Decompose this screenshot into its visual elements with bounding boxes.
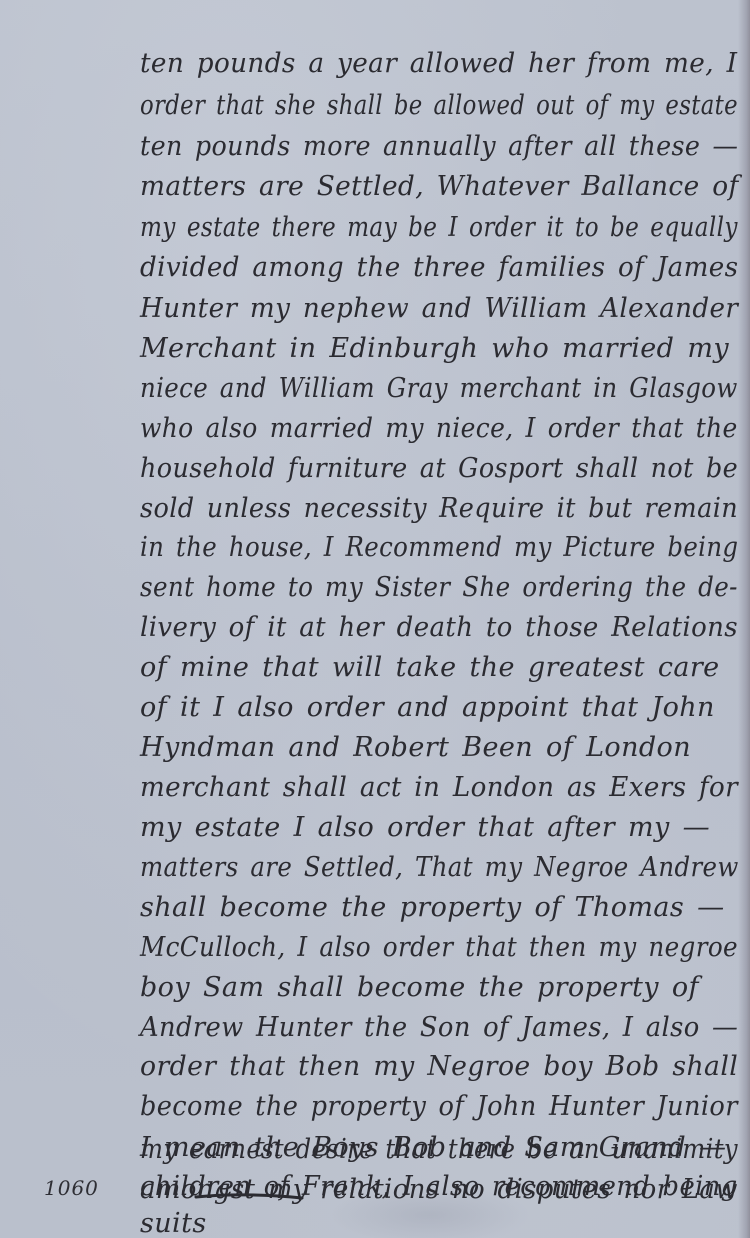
manuscript-line: order that then my Negroe boy Bob shall xyxy=(140,1047,738,1087)
manuscript-line: my earnest desire that there be an unani… xyxy=(140,1130,738,1170)
manuscript-line: Merchant in Edinburgh who married my xyxy=(140,329,729,369)
manuscript-line: household furniture at Gosport shall not… xyxy=(140,449,738,489)
manuscript-line: order that she shall be allowed out of m… xyxy=(140,86,738,126)
manuscript-line: sold unless necessity Require it but rem… xyxy=(140,489,738,529)
manuscript-page: ten pounds a year allowed her from me, I… xyxy=(0,0,750,1238)
manuscript-line: Andrew Hunter the Son of James, I also — xyxy=(140,1008,738,1048)
manuscript-line: of it I also order and appoint that John xyxy=(140,688,715,728)
manuscript-line: Hyndman and Robert Been of London xyxy=(140,728,691,768)
page-edge-shadow xyxy=(738,0,750,1238)
manuscript-line: my estate there may be I order it to be … xyxy=(140,208,738,248)
manuscript-line: of mine that will take the greatest care xyxy=(140,648,720,688)
manuscript-line: become the property of John Hunter Junio… xyxy=(140,1087,738,1127)
manuscript-line: niece and William Gray merchant in Glasg… xyxy=(140,369,738,409)
manuscript-line: matters are Settled, Whatever Ballance o… xyxy=(140,167,739,207)
manuscript-line: suits xyxy=(140,1204,207,1238)
manuscript-line: amongst my relations no disputes nor Law xyxy=(140,1170,738,1210)
manuscript-line: boy Sam shall become the property of xyxy=(140,968,699,1008)
end-flourish-stroke xyxy=(194,1192,304,1202)
folio-number: 1060 xyxy=(44,1176,99,1200)
manuscript-line: ten pounds more annually after all these… xyxy=(140,127,738,167)
manuscript-line: who also married my niece, I order that … xyxy=(140,409,738,449)
manuscript-line: shall become the property of Thomas — xyxy=(140,888,725,928)
manuscript-line: Hunter my nephew and William Alexander xyxy=(140,289,738,329)
manuscript-line: sent home to my Sister She ordering the … xyxy=(140,568,738,608)
manuscript-line: ten pounds a year allowed her from me, I xyxy=(140,44,737,84)
manuscript-line: McCulloch, I also order that then my neg… xyxy=(140,928,738,968)
manuscript-line: divided among the three families of Jame… xyxy=(140,248,738,288)
manuscript-line: matters are Settled, That my Negroe Andr… xyxy=(140,848,739,888)
manuscript-line: livery of it at her death to those Relat… xyxy=(140,608,738,648)
manuscript-line: merchant shall act in London as Exers fo… xyxy=(140,768,738,808)
manuscript-line: in the house, I Recommend my Picture bei… xyxy=(140,528,738,568)
manuscript-line: my estate I also order that after my — xyxy=(140,808,710,848)
